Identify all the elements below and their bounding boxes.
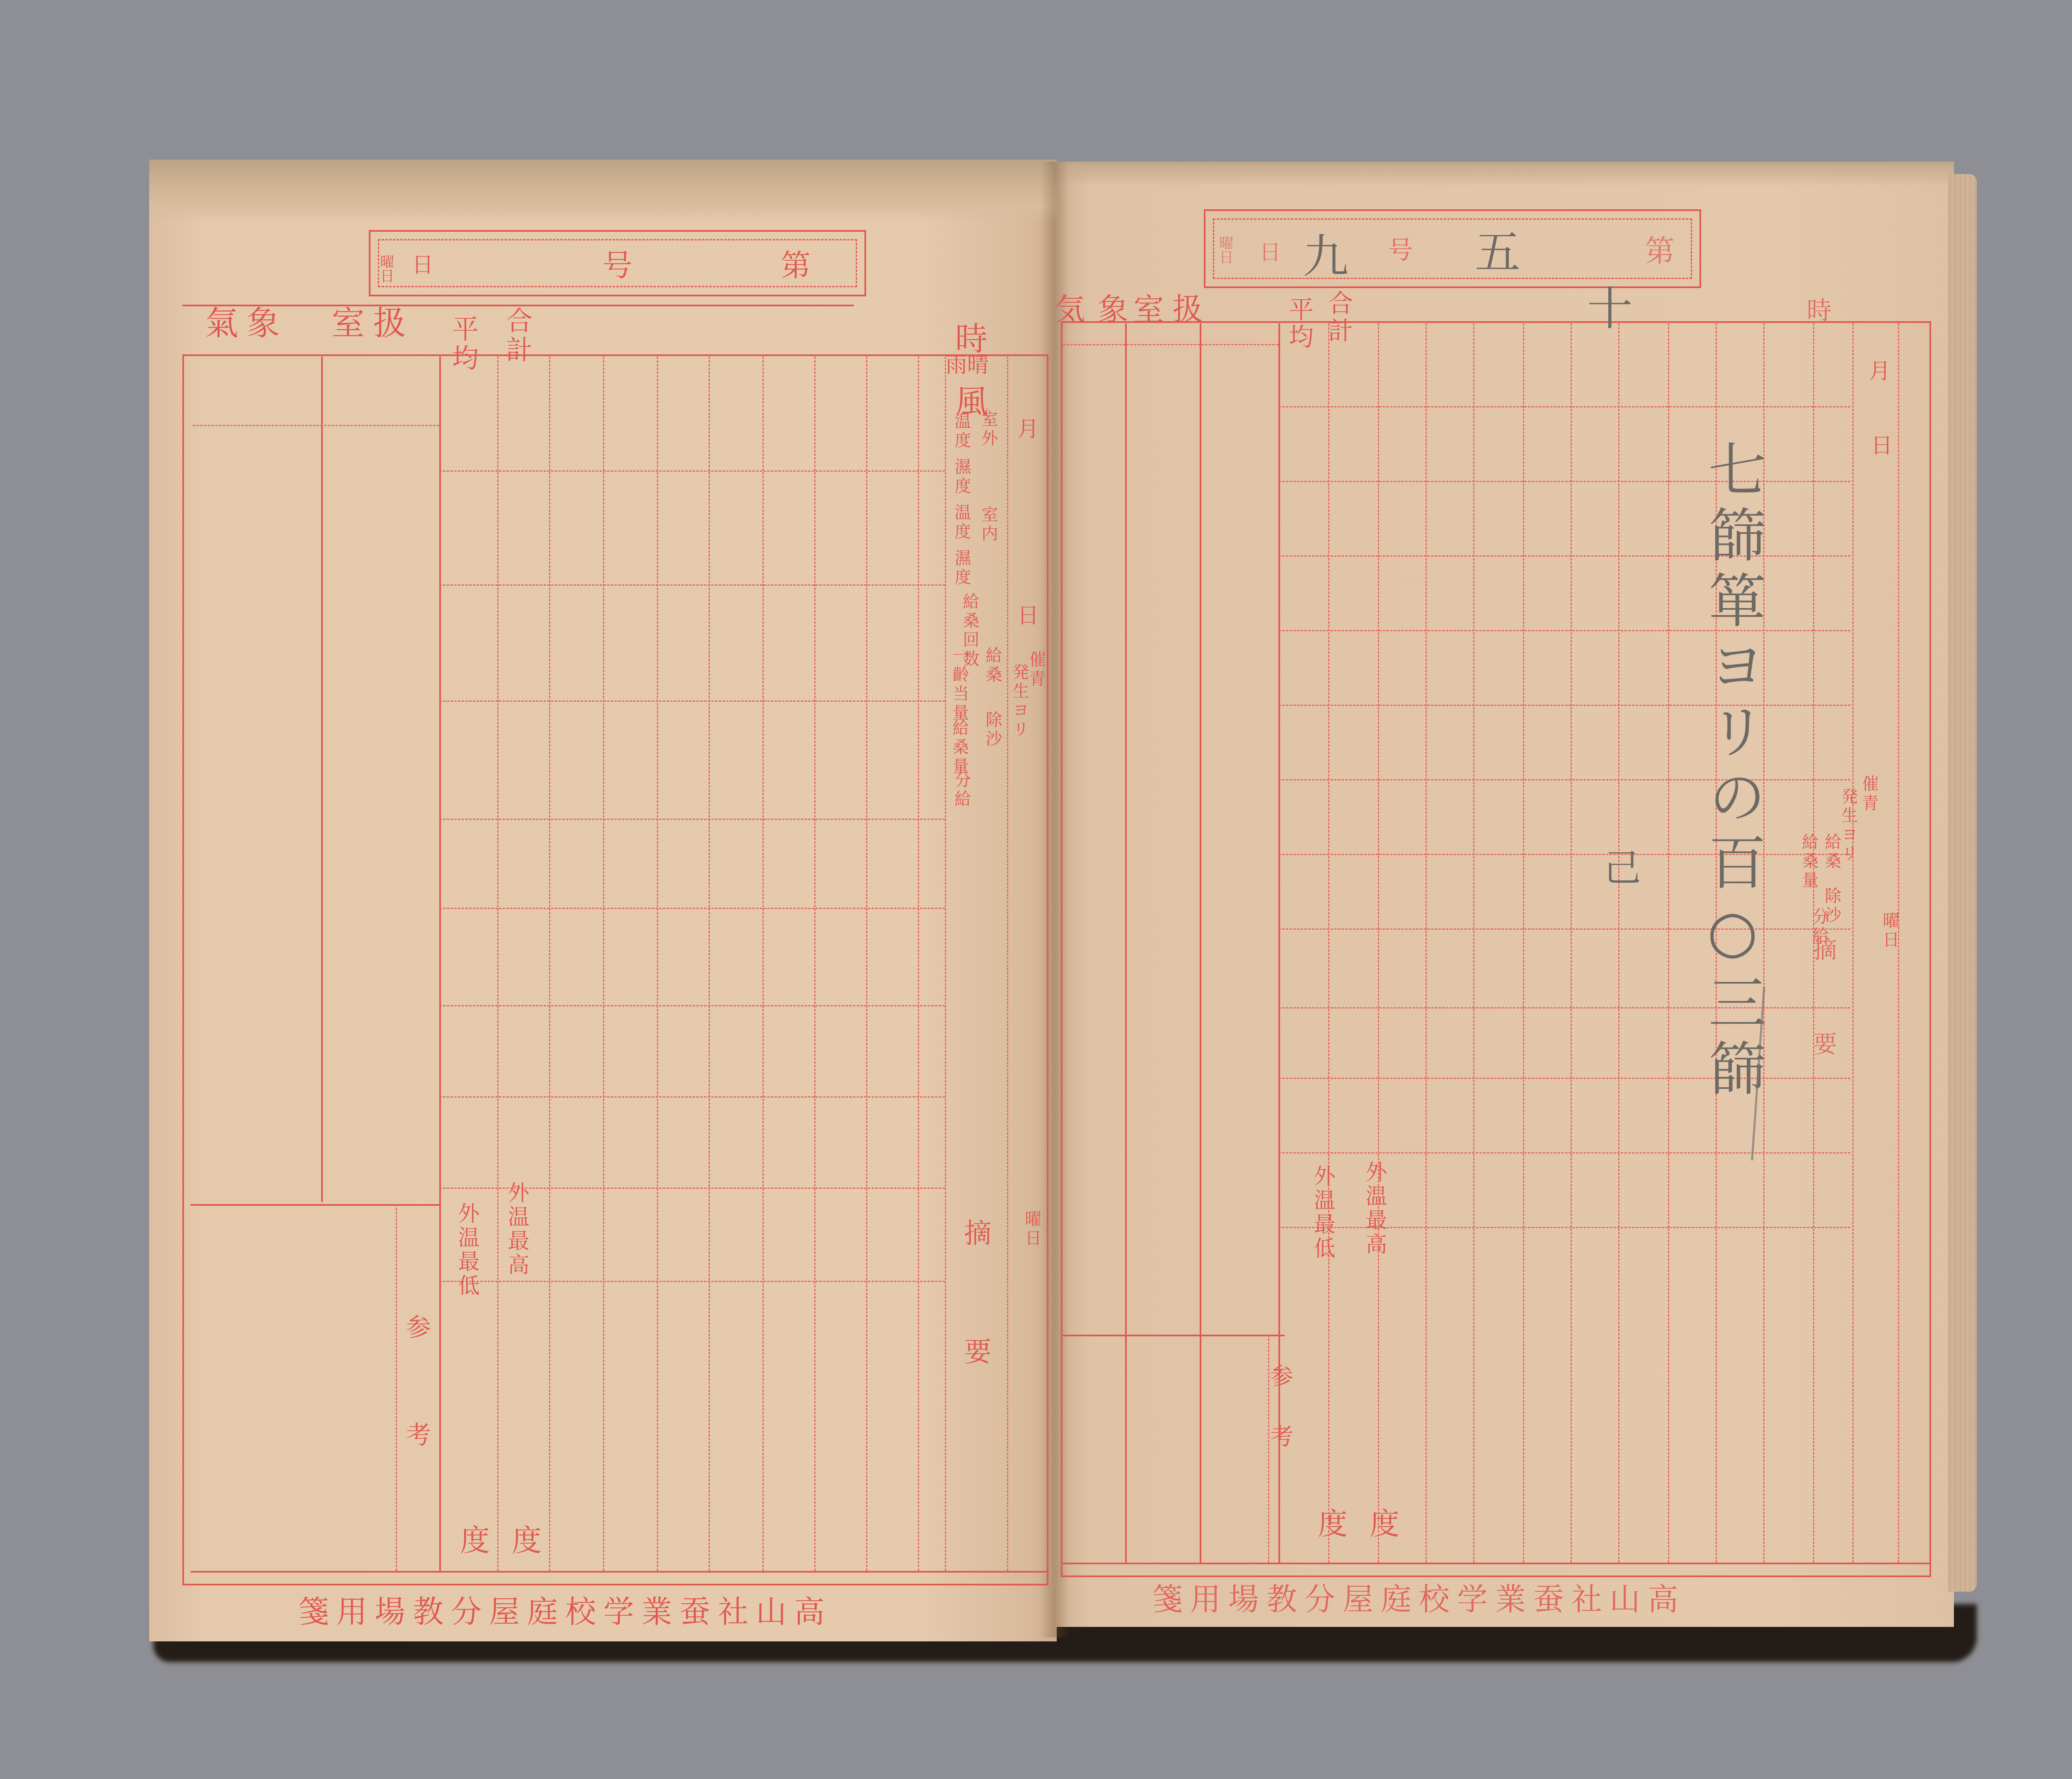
worn-top-edge-left — [149, 160, 1057, 222]
left-footer-imprint: 高山社蚕業学校庭屋分教場用箋 — [298, 1588, 832, 1631]
label-feeding: 給桑 — [984, 647, 1001, 685]
min-temp-unit: 度 — [1318, 1509, 1348, 1539]
label-outdoor-humidity: 濕度 — [953, 458, 970, 496]
pencil-mid-mark: 己 — [1604, 850, 1641, 887]
pencil-main-note: 七篩箪ヨリの百○三篩 — [1703, 439, 1761, 1104]
label-first-instar: 一齡当量 — [951, 647, 968, 723]
header-underline — [1063, 344, 1278, 345]
left-block-divider — [321, 356, 323, 1202]
label-since-hatch: 発生ヨリ — [1840, 788, 1857, 864]
title-prefix: 第 — [1645, 236, 1675, 266]
reference-label: 参考 — [404, 1314, 429, 1529]
label-date-weekday: 曜日 — [1881, 912, 1898, 950]
reference-top-rule — [191, 1204, 439, 1206]
left-title-box: 第 号 日 曜日 — [369, 230, 866, 296]
label-feeding: 給桑 — [1823, 833, 1840, 871]
min-temp-label: 外温最低 — [456, 1202, 477, 1298]
header-total-label: 合計 — [503, 307, 530, 365]
title-weekday-suffix: 曜日 — [1218, 236, 1232, 264]
header-underline — [193, 425, 439, 426]
title-handwritten-day: 九 — [1303, 234, 1348, 279]
label-cleaning: 除沙 — [984, 711, 1001, 749]
label-col-edge — [1852, 323, 1854, 1563]
title-number-suffix: 号 — [1388, 238, 1413, 263]
label-indoor-temp: 温度 — [953, 504, 970, 542]
label-indoor-humidity: 濕度 — [953, 549, 970, 587]
title-handwritten-number: 五 — [1475, 230, 1520, 275]
label-incubation: 催青 — [1028, 651, 1044, 689]
label-outdoor-temp: 温度 — [953, 412, 970, 451]
label-time: 時 — [955, 323, 988, 356]
label-date-month: 月 — [1869, 361, 1890, 382]
label-date-day: 日 — [1017, 605, 1039, 627]
title-prefix: 第 — [781, 250, 811, 280]
label-mulberry-amount: 給桑量 — [951, 719, 968, 776]
title-weekday: 日 — [1259, 242, 1281, 264]
pencil-top-mark: 十 — [1587, 286, 1633, 332]
reference-top-rule — [1061, 1335, 1285, 1336]
label-weather: 晴雨 — [946, 354, 989, 376]
header-weather-label: 象気 — [1055, 294, 1141, 325]
max-temp-label: 外温最高 — [1363, 1161, 1385, 1257]
reference-divider — [396, 1204, 397, 1571]
max-temp-unit: 度 — [512, 1525, 542, 1555]
title-weekday: 日 — [412, 254, 433, 276]
label-col-left-edge — [945, 356, 946, 1571]
page-edge-stack — [1948, 174, 1977, 1592]
title-weekday-suffix: 曜日 — [379, 254, 393, 283]
label-col-right-edge — [1007, 356, 1008, 1571]
label-indoor: 室内 — [980, 506, 997, 597]
right-bottom-inner-rule — [1061, 1563, 1931, 1564]
label-mulberry-amount: 給桑量 — [1801, 833, 1817, 890]
right-block-divider-2 — [1200, 323, 1201, 1563]
remarks-label: 摘要 — [961, 1219, 989, 1456]
right-title-box: 第 五 号 九 日 曜日 — [1204, 209, 1701, 288]
label-date-day: 日 — [1871, 435, 1893, 457]
header-room-label: 扱室 — [1133, 294, 1211, 325]
header-weather-label: 象氣 — [205, 307, 288, 340]
reference-label: 参考 — [1268, 1364, 1291, 1485]
remarks-label: 摘要 — [1811, 937, 1835, 1126]
title-number-suffix: 号 — [603, 250, 632, 280]
right-block-divider — [1125, 323, 1127, 1563]
worn-top-edge-right — [1055, 162, 1954, 187]
min-temp-label: 外温最低 — [1312, 1165, 1333, 1261]
label-outdoor: 室外 — [980, 410, 997, 502]
max-temp-unit: 度 — [1370, 1509, 1399, 1539]
left-bottom-inner-rule — [191, 1571, 1048, 1573]
label-date-weekday: 曜日 — [1024, 1210, 1040, 1248]
left-data-grid — [439, 356, 945, 1571]
min-temp-unit: 度 — [460, 1525, 490, 1555]
label-time: 時 — [1807, 298, 1832, 323]
label-date-month: 月 — [1017, 419, 1039, 440]
label-minutes: 分給 — [953, 771, 970, 809]
label-incubation: 催青 — [1861, 775, 1877, 813]
right-footer-imprint: 高山社蚕業学校庭屋分教場用箋 — [1152, 1575, 1686, 1619]
max-temp-label: 外温最高 — [506, 1181, 527, 1277]
label-since-hatch: 発生ヨリ — [1011, 663, 1028, 739]
header-room-label: 扱室 — [332, 307, 414, 340]
